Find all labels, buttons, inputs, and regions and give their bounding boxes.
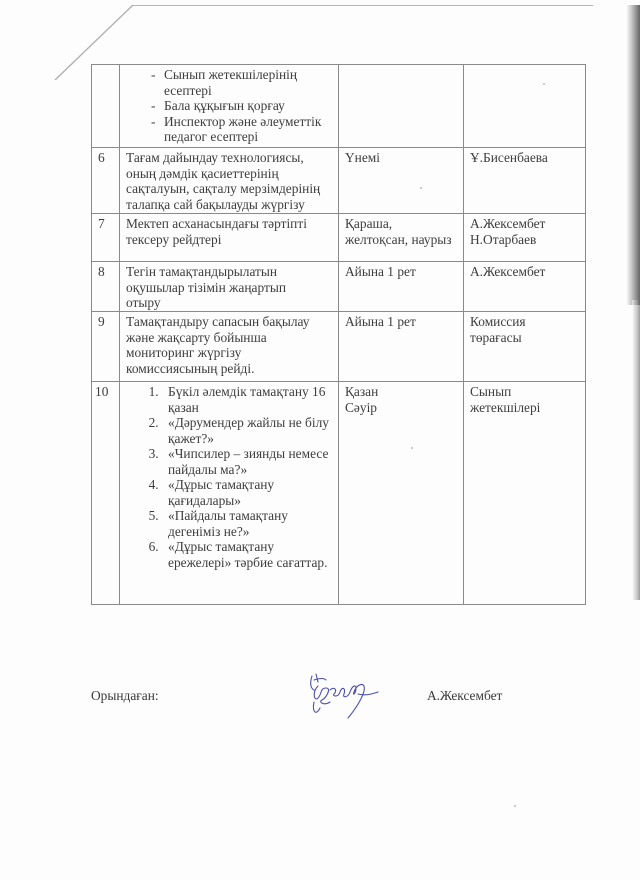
performed-by-label: Орындаған: <box>91 688 159 704</box>
when-cell: Қараша, желтоқсан, наурыз <box>339 214 464 262</box>
scan-speck <box>411 447 413 449</box>
list-item: «Дұрыс тамақтану қағидалары» <box>162 477 333 508</box>
events-list: Бүкіл әлемдік тамақтану 16 қазан «Дәруме… <box>126 384 333 570</box>
task-cell: Мектеп асханасындағы тәртіпті тексеру ре… <box>120 214 339 262</box>
table-row: 8 Тегін тамақтандырылатын оқушылар тізім… <box>92 262 586 312</box>
table-row: 10 Бүкіл әлемдік тамақтану 16 қазан «Дәр… <box>92 382 586 605</box>
list-item: Сынып жетекшілерінің есептері <box>146 67 333 98</box>
table-row: 7 Мектеп асханасындағы тәртіпті тексеру … <box>92 214 586 262</box>
row-number <box>92 65 120 148</box>
scan-speck <box>514 805 516 807</box>
task-cell: Тамақтандыру сапасын бақылау және жақсар… <box>120 312 339 382</box>
list-item: «Пайдалы тамақтану дегеніміз не?» <box>162 508 333 539</box>
row-number: 10 <box>92 382 120 605</box>
task-cell: Бүкіл әлемдік тамақтану 16 қазан «Дәруме… <box>120 382 339 605</box>
when-cell: Айына 1 рет <box>339 262 464 312</box>
scan-shadow-edge <box>626 5 640 305</box>
list-item: «Дәрумендер жайлы не білу қажет?» <box>162 415 333 446</box>
task-cell: Сынып жетекшілерінің есептері Бала құқығ… <box>120 65 339 148</box>
row-number: 9 <box>92 312 120 382</box>
list-item: Бала құқығын қорғау <box>146 98 333 114</box>
table-row: Сынып жетекшілерінің есептері Бала құқығ… <box>92 65 586 148</box>
when-cell <box>339 65 464 148</box>
list-item: «Дұрыс тамақтану ережелері» тәрбие сағат… <box>162 539 333 570</box>
list-item: Бүкіл әлемдік тамақтану 16 қазан <box>162 384 333 415</box>
plan-table: Сынып жетекшілерінің есептері Бала құқығ… <box>91 64 586 605</box>
scan-shadow-edge-lower <box>632 300 640 600</box>
performer-name: А.Жексембет <box>427 688 502 704</box>
row-number: 7 <box>92 214 120 262</box>
when-cell: Айына 1 рет <box>339 312 464 382</box>
responsible-cell: А.Жексембет Н.Отарбаев <box>464 214 586 262</box>
task-cell: Тағам дайындау технологиясы, оның дәмдік… <box>120 148 339 214</box>
responsible-cell: А.Жексембет <box>464 262 586 312</box>
responsible-cell: Сынып жетекшілері <box>464 382 586 605</box>
when-cell: Қазан Сәуір <box>339 382 464 605</box>
row-number: 8 <box>92 262 120 312</box>
scan-speck <box>420 187 422 189</box>
handwritten-signature-icon <box>304 668 394 728</box>
table-row: 6 Тағам дайындау технологиясы, оның дәмд… <box>92 148 586 214</box>
task-cell: Тегін тамақтандырылатын оқушылар тізімін… <box>120 262 339 312</box>
signature-row: Орындаған: А.Жексембет <box>91 688 531 728</box>
responsible-cell: Ұ.Бисенбаева <box>464 148 586 214</box>
responsible-cell <box>464 65 586 148</box>
list-item: «Чипсилер – зиянды немесе пайдалы ма?» <box>162 446 333 477</box>
responsible-cell: Комиссия төрағасы <box>464 312 586 382</box>
when-cell: Үнемі <box>339 148 464 214</box>
list-item: Инспектор және әлеуметтік педагог есепте… <box>146 114 333 145</box>
scan-speck <box>543 83 545 85</box>
table-row: 9 Тамақтандыру сапасын бақылау және жақс… <box>92 312 586 382</box>
row-number: 6 <box>92 148 120 214</box>
page-fold-top-edge <box>133 5 593 6</box>
task-dash-list: Сынып жетекшілерінің есептері Бала құқығ… <box>126 67 333 145</box>
